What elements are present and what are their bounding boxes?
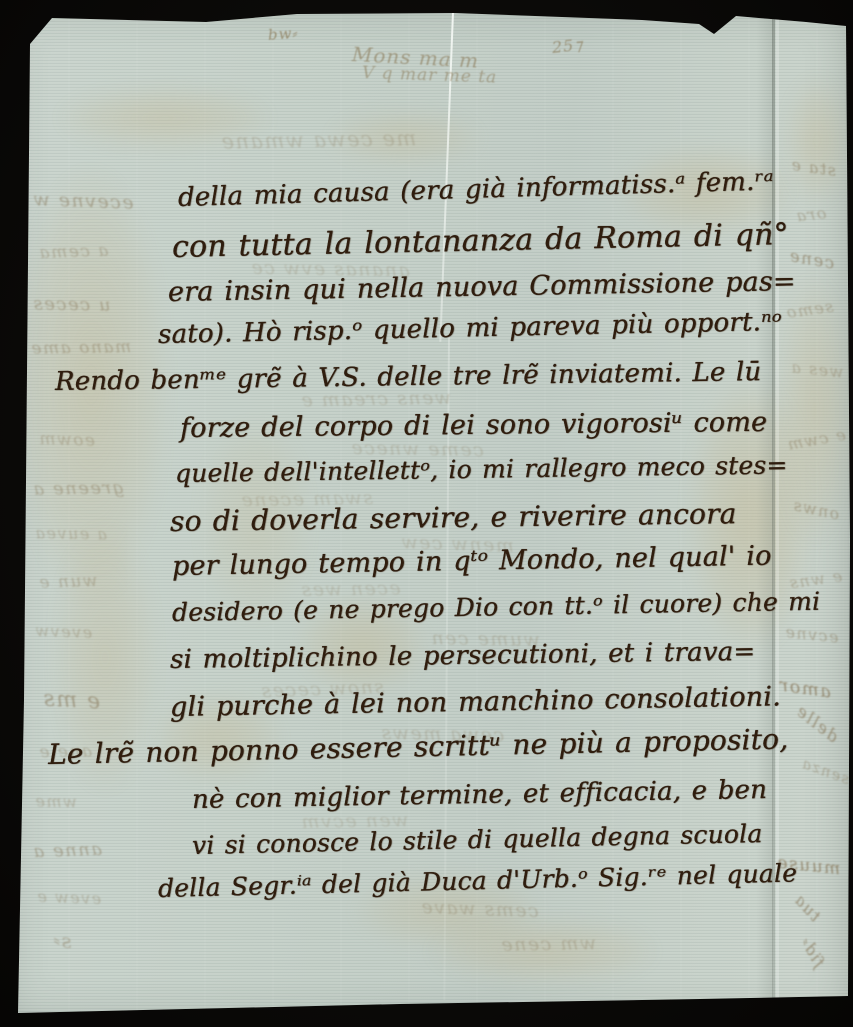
text-line-13: Le lrẽ non ponno essere scrittᵘ ne più a… <box>48 722 789 770</box>
text-line-11: si moltiplichino le persecutioni, et i t… <box>170 637 756 675</box>
verso-ink-fragment: ecvne <box>783 622 839 647</box>
verso-ink-fragment: mano ame <box>30 337 132 359</box>
fold-shading-right <box>756 14 773 1004</box>
verso-ink-fragment: ora <box>794 203 827 225</box>
verso-ink-fragment: evew e <box>36 887 102 908</box>
foxing-stain <box>60 88 270 148</box>
verso-ink-fragment: evevw <box>34 621 93 642</box>
verso-ink-fragment: ecevne w <box>32 188 134 214</box>
verso-ink-fragment: anne a <box>32 839 103 862</box>
text-line-10: desidero (e ne prego Dio con tt.ᵒ il cuo… <box>172 587 821 627</box>
verso-ink-fragment: delle <box>791 701 842 747</box>
verso-ink-fragment: wun e <box>38 571 98 593</box>
foxing-stain <box>620 148 790 233</box>
text-line-15: vi si conosce lo stile di quella degna s… <box>192 819 763 860</box>
verso-ink-fragment: ane e <box>38 742 92 763</box>
text-line-5: Rendo benᵐᵉ grẽ à V.S. delle tre lrẽ inv… <box>55 357 762 397</box>
verso-ink-fragment: eowm <box>38 429 96 451</box>
verso-ink-fragment: swam ecene <box>240 487 373 511</box>
verso-ink-fragment: ecen wes <box>300 577 401 601</box>
foxing-stain <box>690 380 810 650</box>
verso-ink-fragment: e wns <box>787 566 843 592</box>
text-line-1: della mia causa (era già informatiss.ᵃ f… <box>178 166 775 213</box>
verso-ink-fragment: a euvea <box>34 523 107 543</box>
verso-ink-fragment: wes a <box>789 357 844 381</box>
verso-ink-fragment: u ceces <box>32 293 111 315</box>
text-line-6: forze del corpo di lei sono vigorosiᵘ co… <box>180 407 768 444</box>
verso-ink-fragment: ceme wnece <box>350 437 484 461</box>
foxing-stain <box>330 112 480 164</box>
foxing-stain <box>300 598 425 693</box>
verso-ink-fragment: cewa mews <box>380 722 505 746</box>
foxing-stain <box>780 278 848 543</box>
verso-ink-fragment: semo <box>784 297 835 323</box>
foxing-stain <box>55 525 155 790</box>
letter-text-layer: della mia causa (era già informatiss.ᵃ f… <box>0 0 853 1027</box>
fold-crease-right-highlight <box>776 14 779 1004</box>
foxing-stain <box>430 920 655 982</box>
verso-ink-fragment: menw cew <box>400 531 515 557</box>
scan-background: ecevne wa cemau cecesmano ameeowmgreene … <box>0 0 853 1027</box>
fold-crease-center-bottom <box>443 335 450 1000</box>
verso-ink-fragment: snow ceces <box>260 676 385 702</box>
verso-ink-fragment: wen ecvm <box>300 809 409 833</box>
verso-ink-fragment: sta e <box>789 155 837 180</box>
text-line-4: sato). Hò risp.ᵒ quello mi pareva più op… <box>158 307 783 350</box>
verso-ink-fragment: senza <box>798 754 852 788</box>
foxing-stain <box>355 875 540 947</box>
verso-ink-fragment: me cewa wmane <box>220 126 417 153</box>
verso-ink-fragment: muuse <box>775 853 841 880</box>
verso-ink-fragment: e cwm <box>785 425 847 454</box>
text-line-16: della Segr.ⁱᵃ del già Duca d'Urb.ᵒ Sig.ʳ… <box>158 858 798 903</box>
foxing-stain <box>16 170 166 600</box>
verso-ink-fragment: greene a <box>32 477 124 500</box>
fold-crease-center-top <box>439 12 454 342</box>
text-line-3: era insin qui nella nuova Commissione pa… <box>168 266 796 308</box>
verso-ink-fragment: cems wave <box>420 896 539 922</box>
text-line-9: per lungo tempo in qᵗᵒ Mondo, nel qual' … <box>172 541 772 582</box>
verso-ink-fragment: s⸗ <box>50 927 73 955</box>
foxing-stain <box>155 695 280 780</box>
verso-ink-fragment: amor <box>777 674 833 702</box>
fold-crease-right <box>772 14 775 1004</box>
faint-top-annotation: 25⁊ <box>551 35 584 57</box>
faint-top-annotation: Mons ma m <box>351 42 479 73</box>
text-line-8: so di doverla servire, e riverire ancora <box>170 497 737 538</box>
verso-ink-fragment: e ms <box>41 686 100 714</box>
verso-bleedthrough-layer: ecevne wa cemau cecesmano ameeowmgreene … <box>0 0 853 1027</box>
top-annotation-layer: bw⸗Mons ma mV q mar me ta25⁊ <box>0 0 853 1027</box>
verso-ink-fragment: wme <box>34 792 77 812</box>
verso-ink-fragment: tua <box>790 890 825 926</box>
verso-ink-fragment: onws <box>791 495 842 524</box>
foxing-stain <box>200 420 310 620</box>
verso-ink-fragment: cene <box>787 246 836 274</box>
text-line-12: gli purche à lei non manchino consolatio… <box>170 681 781 723</box>
verso-ink-fragment: fid⸗ <box>795 933 829 971</box>
verso-ink-fragment: a cema <box>38 241 109 263</box>
faint-top-annotation: V q mar me ta <box>362 63 498 88</box>
verso-ink-fragment: wens cream e <box>300 387 452 412</box>
text-line-2: con tutta la lontananza da Roma di qñ° <box>172 217 790 265</box>
verso-ink-fragment: wume cen <box>430 627 540 651</box>
text-line-14: nè con miglior termine, et efficacia, e … <box>192 775 768 815</box>
faint-top-annotation: bw⸗ <box>267 24 299 45</box>
verso-ink-fragment: wm cene <box>500 932 597 956</box>
text-line-7: quelle dell'intellettᵒ, io mi rallegro m… <box>175 450 788 488</box>
verso-ink-fragment: ananas evw ce <box>250 257 410 282</box>
foxing-stain <box>788 78 846 203</box>
manuscript-page: ecevne wa cemau cecesmano ameeowmgreene … <box>0 0 853 1027</box>
